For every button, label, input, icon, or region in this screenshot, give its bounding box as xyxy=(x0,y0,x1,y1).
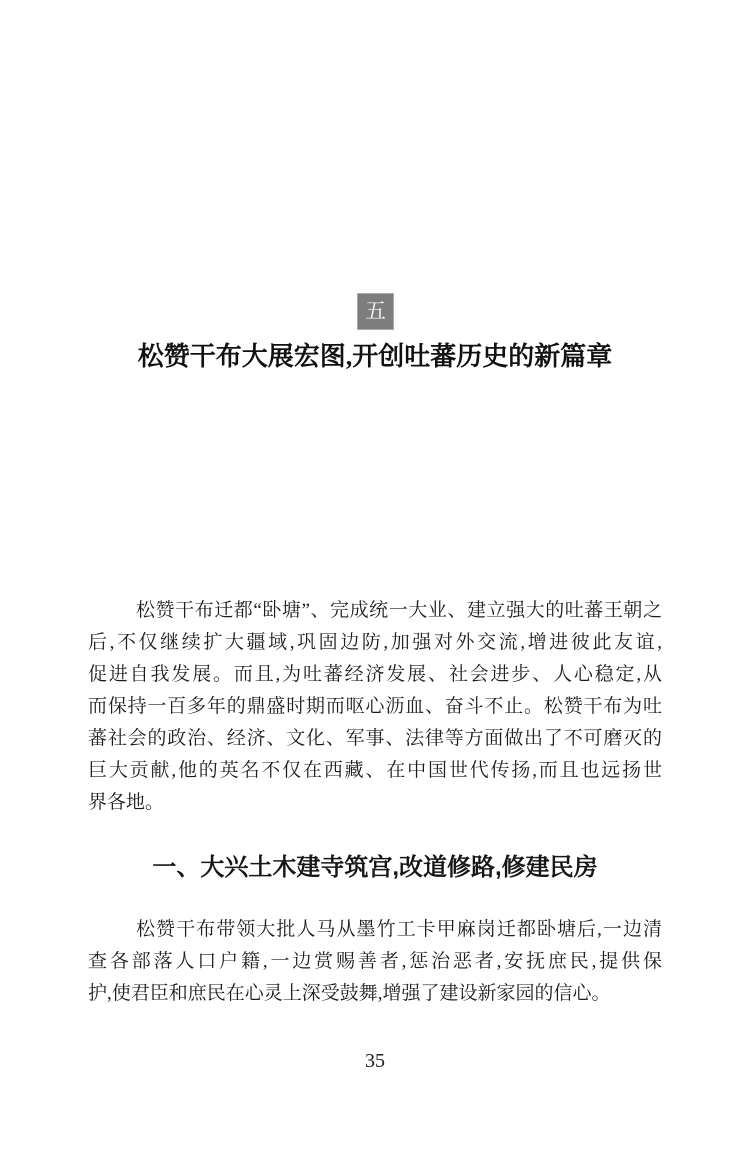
chapter-title: 松赞干布大展宏图,开创吐蕃历史的新篇章 xyxy=(0,338,750,376)
text-line: 护,使君臣和庶民在心灵上深受鼓舞,增强了建设新家园的信心。 xyxy=(88,978,662,1010)
text-line: 后,不仅继续扩大疆域,巩固边防,加强对外交流,增进彼此友谊, xyxy=(88,627,662,659)
text-line: 界各地。 xyxy=(88,787,662,819)
paragraph-2: 松赞干布带领大批人马从墨竹工卡甲麻岗迁都卧塘后,一边清查各部落人口户籍,一边赏赐… xyxy=(88,914,662,1010)
page-number: 35 xyxy=(0,1046,750,1076)
text-line: 而保持一百多年的鼎盛时期而呕心沥血、奋斗不止。松赞干布为吐 xyxy=(88,691,662,723)
text-line: 松赞干布迁都“卧塘”、完成统一大业、建立强大的吐蕃王朝之 xyxy=(88,595,662,627)
text-line: 松赞干布带领大批人马从墨竹工卡甲麻岗迁都卧塘后,一边清 xyxy=(88,914,662,946)
paragraph-1: 松赞干布迁都“卧塘”、完成统一大业、建立强大的吐蕃王朝之后,不仅继续扩大疆域,巩… xyxy=(88,595,662,819)
chapter-number-badge: 五 xyxy=(357,293,394,330)
chapter-number: 五 xyxy=(365,301,386,322)
text-line: 巨大贡献,他的英名不仅在西藏、在中国世代传扬,而且也远扬世 xyxy=(88,755,662,787)
text-line: 蕃社会的政治、经济、文化、军事、法律等方面做出了不可磨灭的 xyxy=(88,723,662,755)
text-line: 查各部落人口户籍,一边赏赐善者,惩治恶者,安抚庶民,提供保 xyxy=(88,946,662,978)
book-page: 五 松赞干布大展宏图,开创吐蕃历史的新篇章 松赞干布迁都“卧塘”、完成统一大业、… xyxy=(0,0,750,1150)
text-line: 促进自我发展。而且,为吐蕃经济发展、社会进步、人心稳定,从 xyxy=(88,659,662,691)
section-heading: 一、大兴土木建寺筑宫,改道修路,修建民房 xyxy=(88,851,662,885)
